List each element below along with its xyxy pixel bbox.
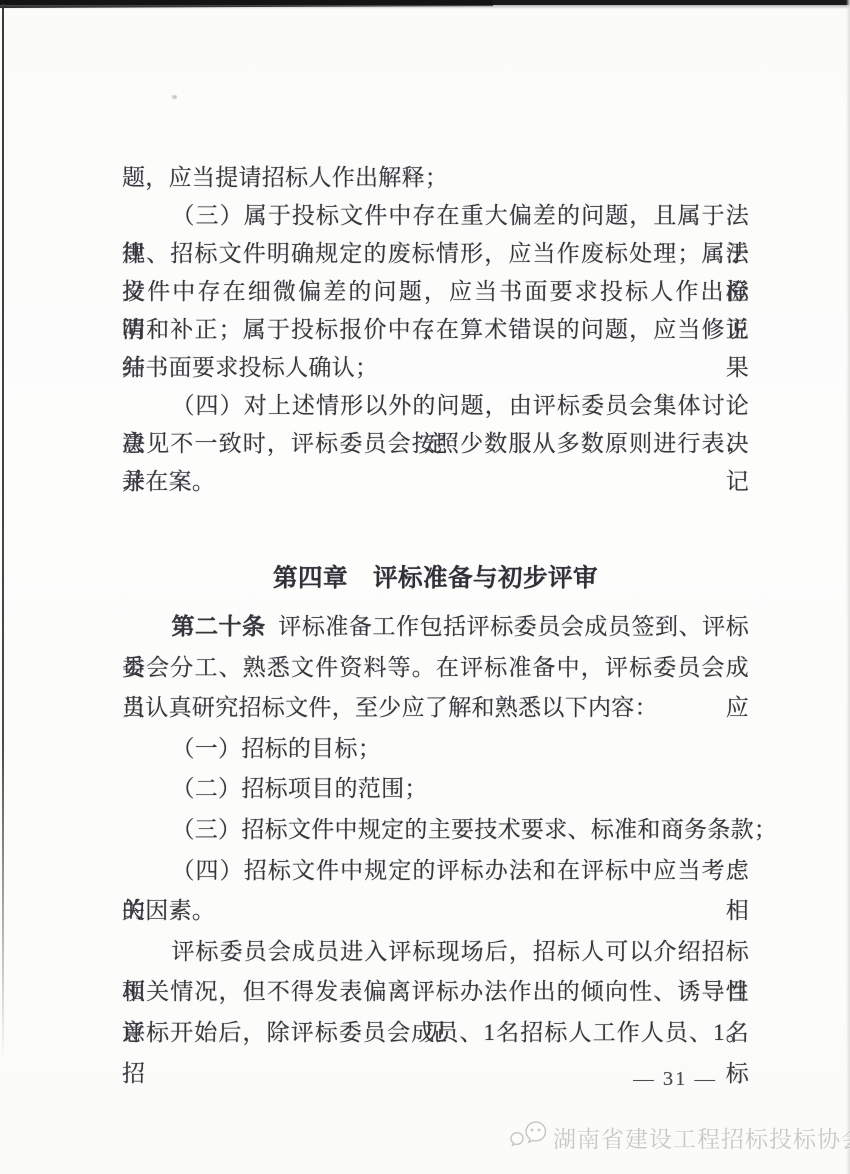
text-line: 当认真研究招标文件，至少应了解和熟悉以下内容： [122, 688, 749, 729]
text-line: 相关情况，但不得发表偏离评标办法作出的倾向性、诱导性意见。 [122, 972, 749, 1013]
scan-top-edge-fade [0, 5, 850, 9]
text-line: （三）属于投标文件中存在重大偏差的问题，且属于法律法 [122, 197, 749, 235]
body-text-block-1: 题，应当提请招标人作出解释； （三）属于投标文件中存在重大偏差的问题，且属于法律… [122, 159, 749, 501]
text-line: 题，应当提请招标人作出解释； [122, 159, 749, 197]
watermark-text: 湖南省建设工程招标投标协会 [553, 1121, 850, 1154]
scan-right-edge [846, 0, 850, 1174]
page-number: — 31 — [633, 1068, 717, 1091]
scan-left-edge [2, 4, 4, 1059]
text-line: 规、招标文件明确规定的废标情形，应当作废标处理；属于投标 [122, 235, 749, 273]
body-text-block-2: 第二十条评标准备工作包括评标委员会成员签到、评标委 员会分工、熟悉文件资料等。在… [122, 607, 749, 1054]
text-line: 员会分工、熟悉文件资料等。在评标准备中，评标委员会成员应 [122, 648, 749, 689]
text-line: （四）招标文件中规定的评标办法和在评标中应当考虑的相 [122, 851, 749, 892]
scanned-document-page: 题，应当提请招标人作出解释； （三）属于投标文件中存在重大偏差的问题，且属于法律… [0, 0, 850, 1174]
article-first-line: 第二十条评标准备工作包括评标委员会成员签到、评标委 [122, 607, 749, 648]
text-line: 意见不一致时，评标委员会按照少数服从多数原则进行表决并记 [122, 425, 749, 463]
text-line: 评标委员会成员进入评标现场后，招标人可以介绍招标项目 [122, 932, 749, 973]
text-line: （四）对上述情形以外的问题，由评标委员会集体讨论决定； [122, 387, 749, 425]
watermark: 湖南省建设工程招标投标协会 [509, 1116, 850, 1158]
text-line: 明和补正；属于投标报价中存在算术错误的问题，应当修正结果 [122, 311, 749, 349]
text-line: （一）招标的目标； [122, 729, 749, 770]
article-number: 第二十条 [171, 614, 265, 639]
scan-speck [172, 95, 177, 99]
text-line: 文件中存在细微偏差的问题，应当书面要求投标人作出澄清、说 [122, 273, 749, 311]
chapter-heading: 第四章 评标准备与初步评审 [122, 559, 749, 599]
text-line: 评标开始后，除评标委员会成员、1名招标人工作人员、1名招标 [122, 1013, 749, 1054]
text-line: （三）招标文件中规定的主要技术要求、标准和商务条款； [122, 810, 749, 851]
text-line: （二）招标项目的范围； [122, 769, 749, 810]
wechat-icon [509, 1118, 549, 1157]
